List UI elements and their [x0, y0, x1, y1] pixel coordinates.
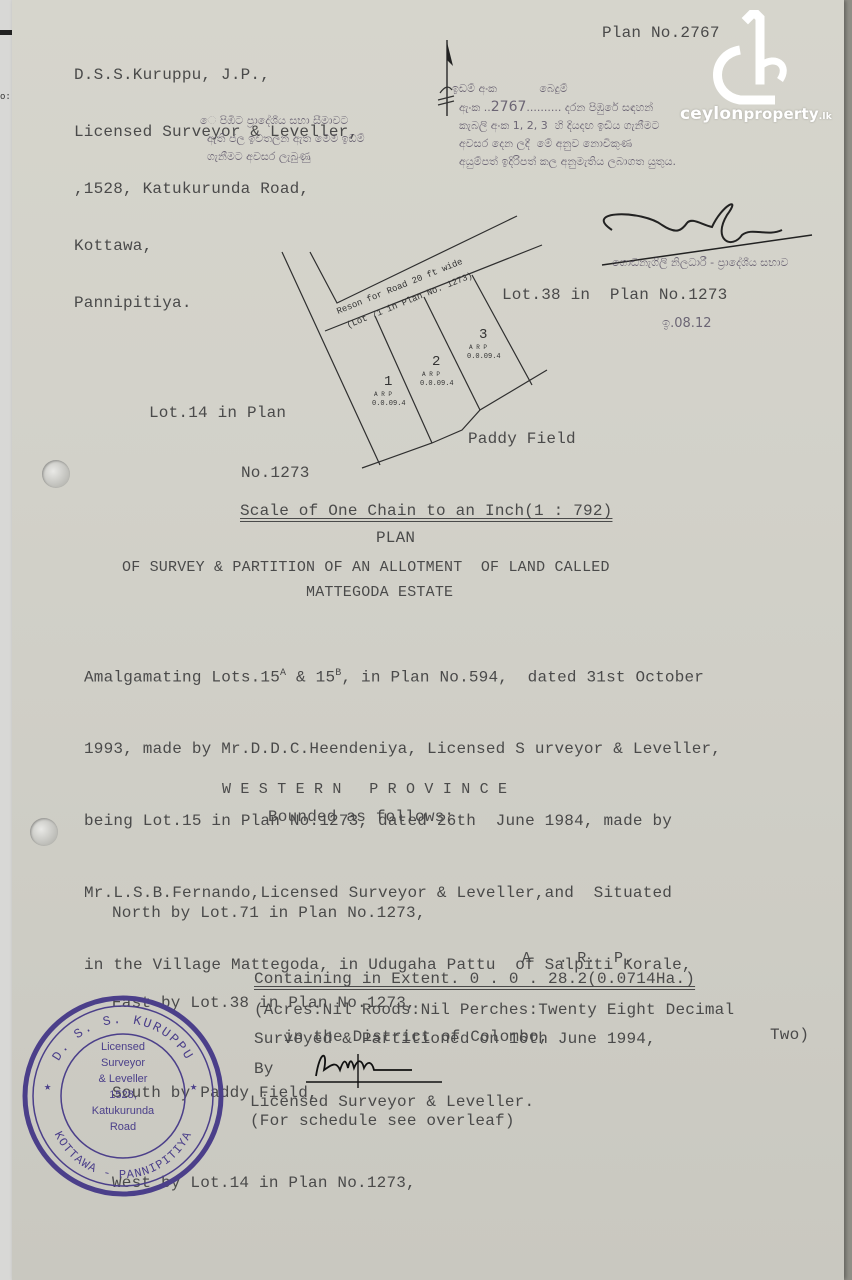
scale-line: Scale of One Chain to an Inch(1 : 792): [240, 502, 612, 520]
stamp-line: Surveyor: [68, 1055, 178, 1071]
stamp-line: Road: [68, 1119, 178, 1135]
west-label-line2: No.1273: [149, 463, 310, 483]
west-neighbour-label: Lot.14 in Plan No.1273: [149, 363, 310, 523]
approval-text-left: ෙ පිඹිට ප්‍රාදේශීය සභා සීමාවට ඇති ජල ඉවත…: [200, 112, 365, 166]
surveyor-rubber-stamp: D. S. S. KURUPPU KOTTAWA - PANNIPITIYA ★…: [20, 993, 226, 1199]
arp-header: A . R. P.: [522, 950, 632, 967]
lot-1-number: 1: [384, 374, 392, 390]
brand-secondary: property: [744, 105, 819, 123]
description-line: Amalgamating Lots.15A & 15B, in Plan No.…: [84, 662, 721, 689]
lot-1-extent: 0.0.09.4: [372, 400, 406, 408]
schedule-note: (For schedule see overleaf): [250, 1112, 515, 1130]
estate-name: MATTEGODA ESTATE: [306, 584, 453, 601]
surveyor-signature: [302, 1040, 452, 1090]
ceylonproperty-watermark: ceylonproperty.lk: [680, 104, 832, 124]
background-fragment: o:: [0, 92, 11, 102]
surveyor-name: D.S.S.Kuruppu, J.P.,: [74, 66, 358, 85]
surveyor-street: ,1528, Katukurunda Road,: [74, 180, 358, 199]
extent-line: Containing in Extent. 0 . 0 . 28.2(0.071…: [254, 970, 695, 988]
extent-words: (Acres:Nil Roods:Nil Perches:Twenty Eigh…: [254, 1001, 734, 1019]
boundary-north: North by Lot.71 in Plan No.1273,: [112, 898, 426, 928]
by-label: By: [254, 1060, 274, 1078]
svg-text:★: ★: [190, 1080, 197, 1094]
west-label-line1: Lot.14 in Plan: [149, 403, 310, 423]
bounded-heading: Bounded as follows:: [268, 808, 454, 826]
and-text: & 15: [286, 668, 335, 686]
plan-title-line1: OF SURVEY & PARTITION OF AN ALLOTMENT OF…: [122, 559, 610, 576]
signatory-title: Licensed Surveyor & Leveller.: [250, 1093, 534, 1111]
lots-text: Amalgamating Lots.15: [84, 668, 280, 686]
punch-hole: [42, 460, 70, 488]
svg-text:★: ★: [44, 1080, 51, 1094]
brand-tld: .lk: [819, 112, 832, 122]
lot-3-extent: 0.0.09.4: [467, 353, 501, 361]
approval-date: ඉ.08.12: [662, 316, 712, 331]
stamp-line: & Leveller: [68, 1071, 178, 1087]
stamp-line: Licensed: [68, 1039, 178, 1055]
extent-words-end: Two): [770, 1026, 809, 1044]
punch-hole: [30, 818, 58, 846]
lot-2-extent: 0.0.09.4: [420, 380, 454, 388]
brand-main: ceylon: [680, 104, 744, 124]
plan-heading: PLAN: [376, 529, 415, 547]
province: W E S T E R N P R O V I N C E: [222, 781, 507, 798]
lot-1-arp: A R P: [374, 391, 392, 398]
approval-text-right: ඉඩම් අංක බෙදුම් ඇංක ..2767.......... දරන…: [452, 80, 676, 171]
approval-officer-designation: ගොඩනැගිලි නිලධාරී - ප්‍රාදේශීය සභාව: [612, 256, 788, 270]
lot-2-arp: A R P: [422, 371, 440, 378]
lot-3-number: 3: [479, 327, 487, 343]
stamp-line: 1528,: [68, 1087, 178, 1103]
stamp-line: Katukurunda: [68, 1103, 178, 1119]
svg-text:KOTTAWA - PANNIPITIYA: KOTTAWA - PANNIPITIYA: [51, 1129, 195, 1182]
south-neighbour-label: Paddy Field: [468, 430, 576, 448]
stamp-center-text: Licensed Surveyor & Leveller 1528, Katuk…: [68, 1039, 178, 1135]
lot-2-number: 2: [432, 354, 440, 370]
plan-text: , in Plan No.594, dated 31st October: [341, 668, 704, 686]
east-neighbour-label: Lot.38 in Plan No.1273: [502, 286, 727, 304]
lot-3-arp: A R P: [469, 344, 487, 351]
description-line: 1993, made by Mr.D.D.C.Heendeniya, Licen…: [84, 737, 721, 761]
